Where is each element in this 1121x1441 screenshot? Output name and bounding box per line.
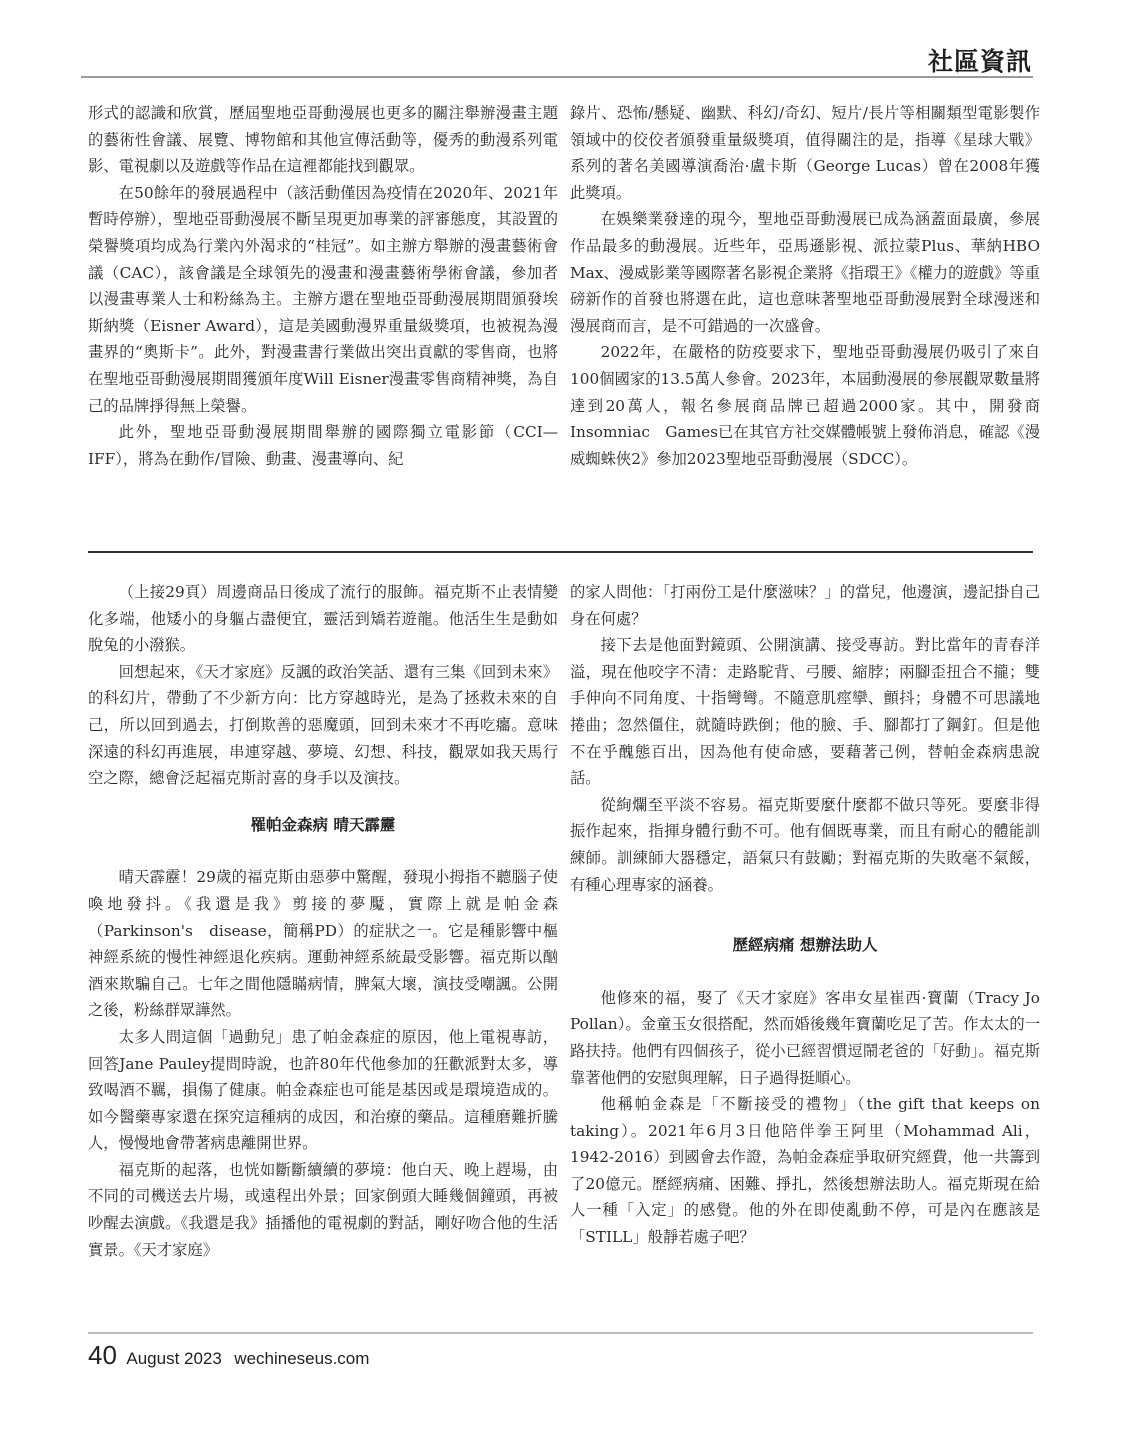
paragraph: 回想起來，《天才家庭》反諷的政治笑話、還有三集《回到未來》的科幻片，帶動了不少新… [88,659,558,792]
top-article-left-column: 形式的認識和欣賞，歷屆聖地亞哥動漫展也更多的關注舉辦漫畫主題的藝術性會議、展覽、… [88,100,558,472]
bottom-article-right-column: 的家人問他：「打兩份工是什麼滋味？」的當兒，他邊演，邊記掛自己身在何處？ 接下去… [570,579,1040,1251]
paragraph: 從絢爛至平淡不容易。福克斯要麼什麼都不做只等死。要麼非得振作起來，指揮身體行動不… [570,792,1040,898]
paragraph: 在50餘年的發展過程中（該活動僅因為疫情在2020年、2021年暫時停辦），聖地… [88,180,558,419]
paragraph: 他修來的福，娶了《天才家庭》客串女星崔西·寶蘭（Tracy Jo Pollan）… [570,985,1040,1091]
paragraph: 晴天霹靂！29歲的福克斯由惡夢中驚醒，發現小拇指不聽腦子使喚地發抖。《我還是我》… [88,864,558,1024]
paragraph: 錄片、恐怖/懸疑、幽默、科幻/奇幻、短片/長片等相關類型電影製作領域中的佼佼者頒… [570,100,1040,206]
paragraph: 福克斯的起落，也恍如斷斷續續的夢境：他白天、晚上趕場，由不同的司機送去片場，或遠… [88,1157,558,1263]
paragraph: 形式的認識和欣賞，歷屆聖地亞哥動漫展也更多的關注舉辦漫畫主題的藝術性會議、展覽、… [88,100,558,180]
article-divider [88,551,1033,553]
paragraph: （上接29頁）周邊商品日後成了流行的服飾。福克斯不止表情變化多端，他矮小的身軀占… [88,579,558,659]
page-footer: 40 August 2023 wechineseus.com [88,1340,369,1371]
paragraph: 2022年，在嚴格的防疫要求下，聖地亞哥動漫展仍吸引了來自100個國家的13.5… [570,339,1040,472]
website-link[interactable]: wechineseus.com [234,1349,369,1368]
paragraph: 在娛樂業發達的現今，聖地亞哥動漫展已成為涵蓋面最廣，參展作品最多的動漫展。近些年… [570,206,1040,339]
bottom-article-left-column: （上接29頁）周邊商品日後成了流行的服飾。福克斯不止表情變化多端，他矮小的身軀占… [88,579,558,1263]
paragraph: 他稱帕金森是「不斷接受的禮物」（the gift that keeps on t… [570,1091,1040,1251]
header-rule [81,76,1033,78]
page-number: 40 [88,1340,117,1370]
subheading: 罹帕金森病 晴天霹靂 [88,812,558,839]
paragraph: 的家人問他：「打兩份工是什麼滋味？」的當兒，他邊演，邊記掛自己身在何處？ [570,579,1040,632]
top-article-right-column: 錄片、恐怖/懸疑、幽默、科幻/奇幻、短片/長片等相關類型電影製作領域中的佼佼者頒… [570,100,1040,472]
paragraph: 接下去是他面對鏡頭、公開演講、接受專訪。對比當年的青春洋溢，現在他咬字不清：走路… [570,632,1040,792]
section-title: 社區資訊 [928,42,1032,78]
footer-rule [88,1332,1033,1334]
paragraph: 此外，聖地亞哥動漫展期間舉辦的國際獨立電影節（CCI—IFF），將為在動作/冒險… [88,419,558,472]
issue-date: August 2023 [126,1349,221,1368]
paragraph: 太多人問這個「過動兒」患了帕金森症的原因，他上電視專訪，回答Jane Paule… [88,1024,558,1157]
subheading: 歷經病痛 想辦法助人 [570,932,1040,959]
